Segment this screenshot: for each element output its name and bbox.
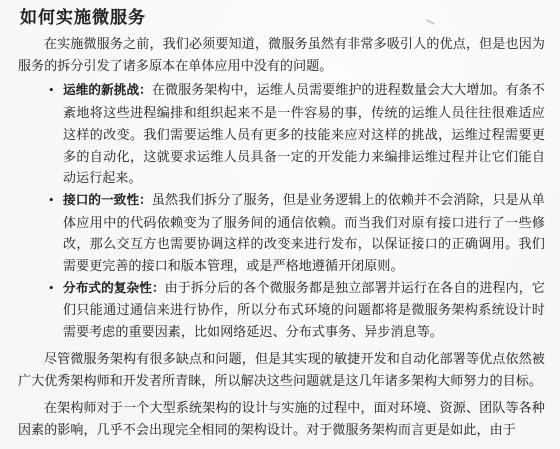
bullet-text: 在微服务架构中，运维人员需要维护的进程数量会大大增加。有条不紊地将这些进程编排和… [63,82,545,185]
conclusion-paragraph: 尽管微服务架构有很多缺点和问题，但是其实现的敏捷开发和自动化部署等优点依然被广大… [18,348,545,391]
bullet-icon: • [49,79,54,101]
bullet-lead-label: 分布式的复杂性： [63,281,165,295]
bullet-lead-label: 运维的新挑战： [63,83,152,97]
architect-paragraph: 在架构师对于一个大型系统架构的设计与实施的过程中，面对环境、资源、团队等各种因素… [18,397,545,440]
list-item: •分布式的复杂性：由于拆分后的各个微服务都是独立部署并运行在各自的进程内，它们只… [63,277,545,343]
bullet-lead-label: 接口的一致性： [63,193,152,207]
intro-paragraph: 在实施微服务之前，我们必须要知道，微服务虽然有非常多吸引人的优点，但是也因为服务… [18,33,545,76]
bullet-icon: • [49,277,54,299]
document-page: 如何实施微服务 在实施微服务之前，我们必须要知道，微服务虽然有非常多吸引人的优点… [0,0,560,449]
list-item: •运维的新挑战：在微服务架构中，运维人员需要维护的进程数量会大大增加。有条不紊地… [63,79,545,189]
bullet-icon: • [49,189,54,211]
issues-list: •运维的新挑战：在微服务架构中，运维人员需要维护的进程数量会大大增加。有条不紊地… [18,79,545,342]
list-item: •接口的一致性：虽然我们拆分了服务，但是业务逻辑上的依赖并不会消除，只是从单体应… [63,189,545,277]
page-title: 如何实施微服务 [20,7,545,29]
